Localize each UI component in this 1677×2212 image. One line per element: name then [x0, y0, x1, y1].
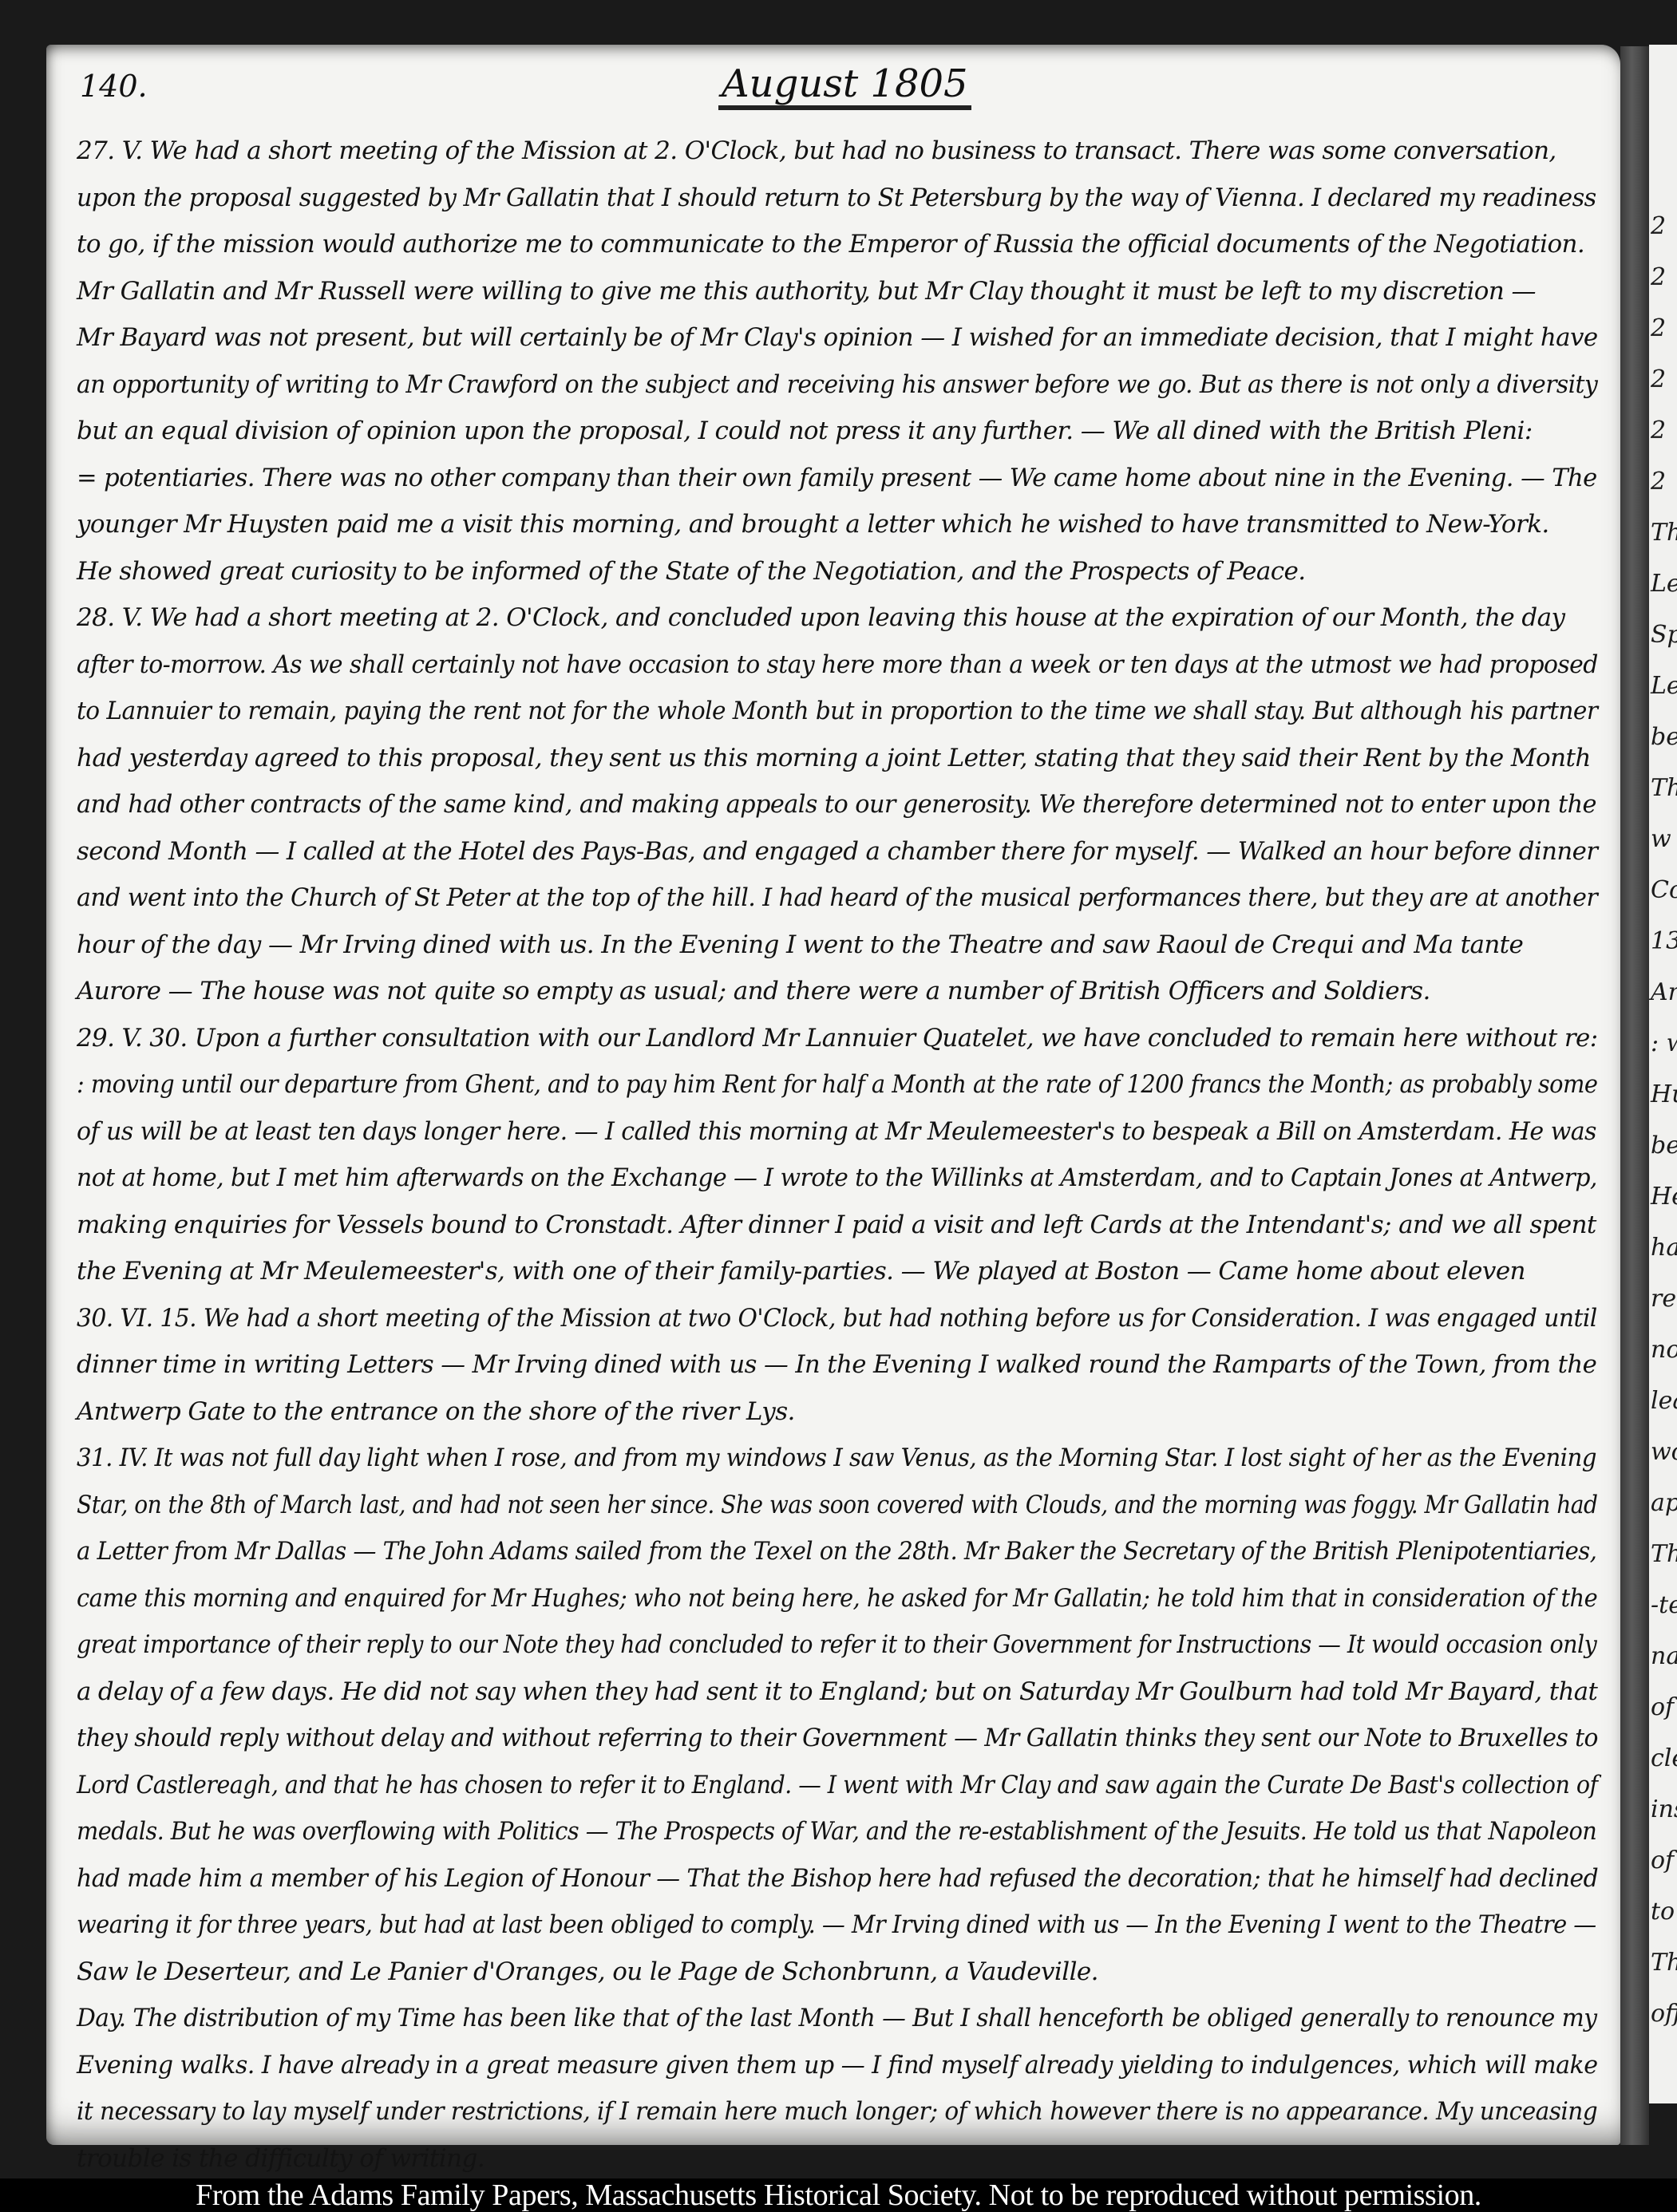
facing-page-text-fragment: wor [1651, 1438, 1677, 1466]
facing-page-text-fragment: app [1651, 1489, 1677, 1517]
diary-line: came this morning and enquired for Mr Hu… [77, 1575, 1492, 1622]
page-number: 140. [80, 69, 148, 104]
diary-line: had made him a member of his Legion of H… [77, 1855, 1534, 1902]
page-heading: August 1805 [718, 64, 971, 110]
facing-page-text-fragment: bee [1651, 1132, 1677, 1159]
facing-page-text-fragment: 2 [1651, 263, 1666, 291]
diary-line: a delay of a few days. He did not say wh… [77, 1669, 1581, 1716]
facing-page-text-fragment: 2 [1651, 417, 1666, 444]
diary-line: Day. The distribution of my Time has bee… [77, 1995, 1531, 2042]
diary-body: 27. V. We had a short meeting of the Mis… [77, 128, 1593, 2182]
diary-line: dinner time in writing Letters — Mr Irvi… [77, 1341, 1581, 1388]
facing-page-text-fragment: 2 [1651, 314, 1666, 342]
diary-line: and had other contracts of the same kind… [77, 781, 1561, 828]
facing-page-text-fragment: Th [1651, 519, 1677, 547]
diary-line: Antwerp Gate to the entrance on the shor… [77, 1388, 1593, 1436]
copyright-caption: From the Adams Family Papers, Massachuse… [0, 2178, 1677, 2212]
diary-line: a Letter from Mr Dallas — The John Adams… [77, 1528, 1501, 1575]
diary-line: to Lannuier to remain, paying the rent n… [77, 688, 1524, 735]
facing-page-text-fragment: 2 [1651, 468, 1666, 496]
diary-line: He showed great curiosity to be informed… [77, 548, 1593, 595]
facing-page-text-fragment: Tha [1651, 1540, 1677, 1568]
diary-line: had yesterday agreed to this proposal, t… [77, 735, 1593, 782]
diary-line: but an equal division of opinion upon th… [77, 408, 1593, 455]
facing-page-text-fragment: nave [1651, 1642, 1677, 1670]
facing-page-text-fragment: Th [1651, 774, 1677, 802]
diary-line: after to-morrow. As we shall certainly n… [77, 642, 1537, 689]
facing-page-text-fragment: rec [1651, 1285, 1677, 1313]
book-gutter [1620, 46, 1649, 2145]
facing-page-text-fragment: He [1651, 1183, 1677, 1211]
diary-line: Mr Gallatin and Mr Russell were willing … [77, 268, 1593, 315]
facing-page-text-fragment: Le [1651, 570, 1677, 598]
diary-line: trouble is the difficulty of writing. [77, 2135, 1593, 2182]
facing-page-text-fragment: Co [1651, 876, 1677, 904]
facing-page-text-fragment: of 18 [1651, 1693, 1677, 1721]
diary-line: of us will be at least ten days longer h… [77, 1108, 1546, 1155]
diary-line: and went into the Church of St Peter at … [77, 875, 1549, 922]
diary-line: upon the proposal suggested by Mr Gallat… [77, 175, 1564, 222]
facing-page-text-fragment: Sp [1651, 621, 1677, 649]
facing-page-text-fragment: 13 [1651, 927, 1677, 955]
diary-line: : moving until our departure from Ghent,… [77, 1061, 1492, 1108]
diary-line: to go, if the mission would authorize me… [77, 221, 1593, 268]
diary-line: Lord Castlereagh, and that he has chosen… [77, 1762, 1475, 1809]
facing-page-text-fragment: to hi [1651, 1898, 1677, 1926]
facing-page-text-fragment: ha [1651, 1234, 1677, 1262]
diary-line: 30. VI. 15. We had a short meeting of th… [77, 1295, 1533, 1342]
facing-page-text-fragment: lea [1651, 1387, 1677, 1415]
facing-page-text-fragment: -ted [1651, 1591, 1677, 1619]
diary-line: 27. V. We had a short meeting of the Mis… [77, 128, 1593, 175]
diary-line: Mr Bayard was not present, but will cert… [77, 314, 1590, 361]
facing-page-text-fragment: office [1651, 2000, 1677, 2028]
facing-page-text-fragment: That co [1651, 1949, 1677, 1977]
diary-line: an opportunity of writing to Mr Crawford… [77, 361, 1534, 409]
diary-line: it necessary to lay myself under restric… [77, 2088, 1525, 2135]
diary-line: = potentiaries. There was no other compa… [77, 455, 1573, 502]
facing-page-text-fragment: : wo [1651, 1029, 1677, 1057]
diary-line: Evening walks. I have already in a great… [77, 2042, 1551, 2089]
facing-page-text-fragment: 2 [1651, 212, 1666, 240]
diary-line: making enquiries for Vessels bound to Cr… [77, 1202, 1592, 1249]
facing-page-text-fragment: clerg [1651, 1744, 1677, 1772]
facing-page-text-fragment: inste [1651, 1795, 1677, 1823]
facing-page-text-fragment: of Th [1651, 1847, 1677, 1874]
diary-line: the Evening at Mr Meulemeester's, with o… [77, 1248, 1593, 1295]
diary-line: Star, on the 8th of March last, and had … [77, 1482, 1450, 1529]
facing-page-text-fragment: w [1651, 825, 1671, 853]
facing-page-text-fragment: Le [1651, 672, 1677, 700]
facing-page-text-fragment: be [1651, 723, 1677, 751]
diary-line: not at home, but I met him afterwards on… [77, 1155, 1541, 1202]
diary-line: 29. V. 30. Upon a further consultation w… [77, 1015, 1587, 1062]
diary-line: second Month — I called at the Hotel des… [77, 828, 1584, 875]
diary-line: Saw le Deserteur, and Le Panier d'Orange… [77, 1949, 1593, 1996]
facing-page-text-fragment: An [1651, 978, 1677, 1006]
facing-page-edge: 222222ThLeSpLebeThwCo13An: woHubeeHehare… [1649, 45, 1677, 2103]
facing-page-text-fragment: 2 [1651, 365, 1666, 393]
diary-line: they should reply without delay and with… [77, 1715, 1536, 1762]
diary-line: Aurore — The house was not quite so empt… [77, 968, 1593, 1015]
diary-line: 28. V. We had a short meeting at 2. O'Cl… [77, 594, 1593, 642]
diary-line: medals. But he was overflowing with Poli… [77, 1808, 1485, 1855]
facing-page-text-fragment: Hu [1651, 1080, 1677, 1108]
diary-line: younger Mr Huysten paid me a visit this … [77, 501, 1593, 548]
diary-line: wearing it for three years, but had at l… [77, 1902, 1490, 1949]
facing-page-text-fragment: not [1651, 1336, 1677, 1364]
diary-line: hour of the day — Mr Irving dined with u… [77, 922, 1593, 969]
diary-line: 31. IV. It was not full day light when I… [77, 1435, 1510, 1482]
diary-line: great importance of their reply to our N… [77, 1621, 1477, 1669]
